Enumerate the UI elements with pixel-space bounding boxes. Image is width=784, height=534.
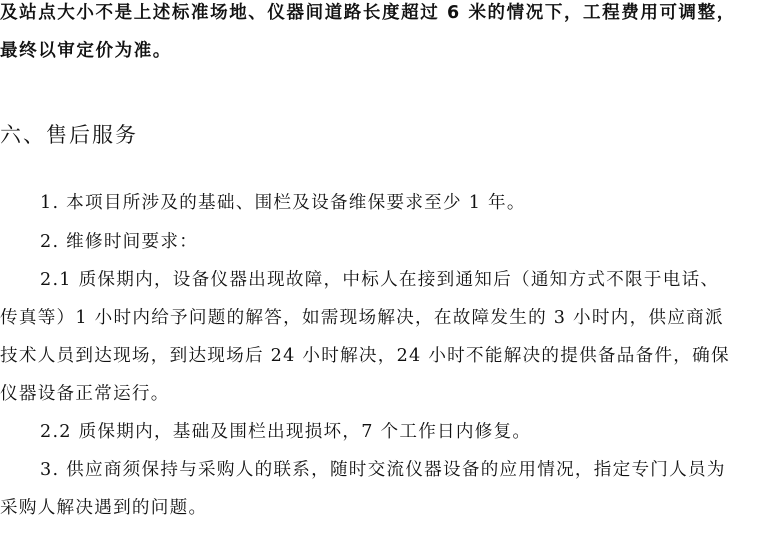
intro-line-1: 及站点大小不是上述标准场地、仪器间道路长度超过 6 米的情况下，工程费用可调整，: [0, 2, 736, 24]
item-2-1-line-4: 仪器设备正常运行。: [0, 383, 170, 405]
item-2-2: 2.2 质保期内，基础及围栏出现损坏，7 个工作日内修复。: [40, 421, 531, 443]
item-2-1-line-2: 传真等）1 小时内给予问题的解答，如需现场解决，在故障发生的 3 小时内，供应商…: [0, 307, 724, 329]
item-2-1-line-1: 2.1 质保期内，设备仪器出现故障，中标人在接到通知后（通知方式不限于电话、: [40, 269, 719, 291]
intro-line-2: 最终以审定价为准。: [0, 40, 172, 62]
item-2: 2. 维修时间要求：: [40, 231, 198, 253]
item-2-1-line-3: 技术人员到达现场，到达现场后 24 小时解决，24 小时不能解决的提供备品备件，…: [0, 345, 730, 367]
item-1: 1. 本项目所涉及的基础、围栏及设备维保要求至少 1 年。: [40, 192, 526, 214]
item-3-line-2: 采购人解决遇到的问题。: [0, 497, 207, 519]
section-heading: 六、售后服务: [0, 124, 138, 146]
item-3-line-1: 3. 供应商须保持与采购人的联系，随时交流仪器设备的应用情况，指定专门人员为: [40, 459, 726, 481]
